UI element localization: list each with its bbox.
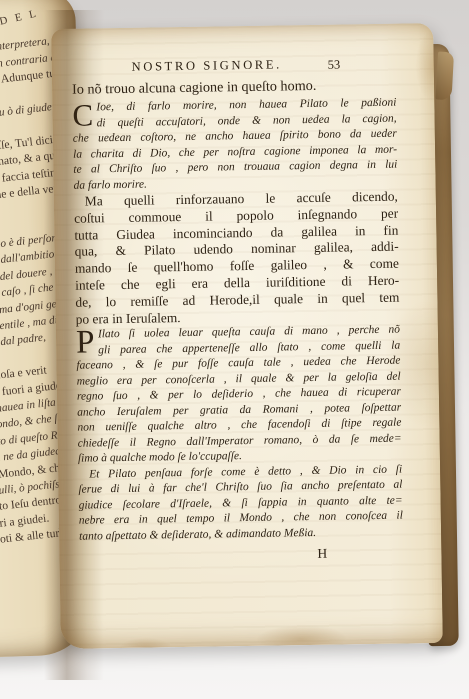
drop-cap: C [72,100,96,131]
body-text: CIoe, di farlo morire, non hauea Pilato … [72,96,403,545]
paragraph: Ma quelli rinforzauano le accuſe dicendo… [74,189,400,328]
paragraph: CIoe, di farlo morire, non hauea Pilato … [72,96,397,194]
running-header: NOSTRO SIGNORE. 53 [72,56,396,78]
paragraph: PIlato ſi uolea leuar queſta cauſa di ma… [76,323,402,468]
paragraph: Et Pilato penſaua forſe come è detto , &… [78,462,403,545]
lemma-line: Io nõ trouo alcuna cagione in queſto hom… [72,76,396,99]
book-photograph: E D E Lr interpretera, & ſtaben contrari… [0,0,469,699]
header-title: NOSTRO SIGNORE. [132,57,282,74]
drop-cap: P [76,328,98,359]
signature-mark: H [317,545,403,562]
recto-page: NOSTRO SIGNORE. 53 Io nõ trouo alcuna ca… [51,23,443,649]
page-content: NOSTRO SIGNORE. 53 Io nõ trouo alcuna ca… [72,56,404,566]
page-number: 53 [328,58,341,73]
